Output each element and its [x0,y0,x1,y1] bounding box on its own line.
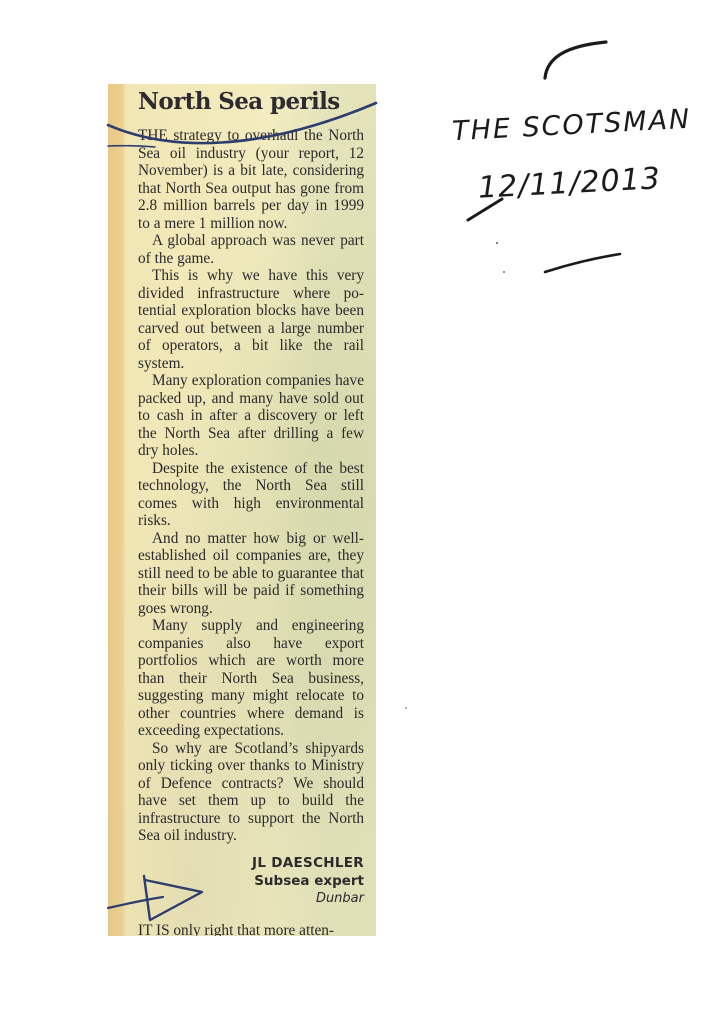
author-title: Subsea expert [252,872,364,890]
handwritten-publication: THE SCOTSMAN [451,104,692,147]
paragraph-3: This is why we have this very divided in… [138,267,364,372]
handwritten-date: 12/11/2013 [477,161,662,206]
author-location: Dunbar [252,890,364,908]
paragraph-5: Despite the existence of the best techno… [138,460,364,530]
marker-curve-mark [545,42,606,78]
paragraph-7: Many supply and engineer­ing companies a… [138,617,364,740]
paragraph-1: THE strategy to overhaul the North Sea o… [138,127,364,232]
next-article-fragment: IT IS only right that more atten- [138,922,334,936]
paragraph-8: So why are Scotland’s ship­yards only ti… [138,740,364,845]
author-name: JL DAESCHLER [252,854,364,872]
marker-bottom-stroke [545,254,620,272]
newspaper-clipping: North Sea perils THE strategy to overhau… [108,84,376,936]
signature-block: JL DAESCHLER Subsea expert Dunbar [252,854,364,908]
paragraph-4: Many exploration companies have packed u… [138,372,364,460]
paragraph-2: A global approach was never part of the … [138,232,364,267]
headline: North Sea perils [138,88,340,115]
letter-body: THE strategy to overhaul the North Sea o… [138,127,364,845]
paragraph-6: And no matter how big or well-establishe… [138,530,364,618]
